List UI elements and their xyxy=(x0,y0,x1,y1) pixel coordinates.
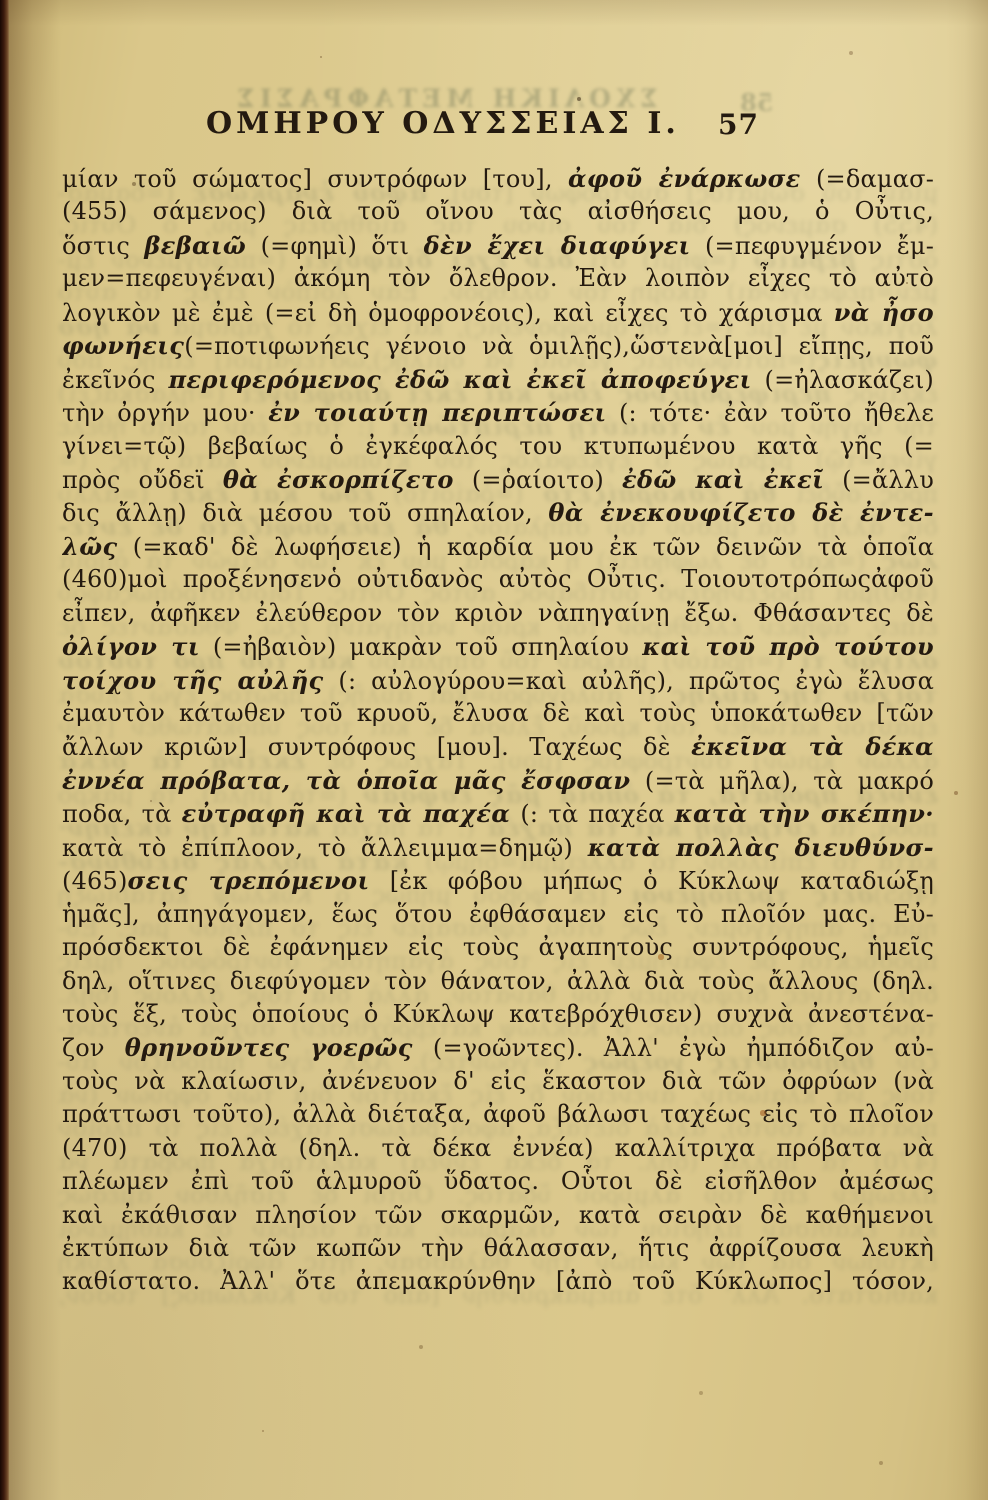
text-line: (465)σεις τρεπόμενοι [ἐκ φόβου μήπως ὁ Κ… xyxy=(62,864,934,897)
text-line: λῶς (=καδ' δὲ λωφήσειε) ἡ καρδία μου ἐκ … xyxy=(62,530,934,563)
text-line: εἶπεν, ἀφῆκεν ἐλεύθερον τὸν κριὸν νὰπηγα… xyxy=(62,597,934,630)
plain-text: λογικὸν μὲ ἐμὲ (=εἰ δὴ ὁμοφρονέοις), καὶ… xyxy=(62,299,834,327)
emphasized-text: τοίχου τῆς αὐλῆς xyxy=(62,666,324,695)
text-line: μίαν τοῦ σώματος] συντρόφων [του], ἀφοῦ … xyxy=(62,162,934,195)
emphasized-text: ἐδῶ καὶ ἐκεῖ xyxy=(622,465,824,494)
text-line: δηλ, οἵτινες διεφύγομεν τὸν θάνατον, ἀλλ… xyxy=(62,965,934,998)
plain-text: δις ἄλλῃ) διὰ μέσου τοῦ σπηλαίον, xyxy=(62,499,548,527)
top-edge-shadow xyxy=(0,0,988,26)
plain-text: δηλ, οἵτινες διεφύγομεν τὸν θάνατον, ἀλλ… xyxy=(62,967,934,995)
text-line: τὴν ὀργήν μου· ἐν τοιαύτῃ περιπτώσει (: … xyxy=(62,396,934,429)
plain-text: (=ἠλασκάζει) xyxy=(752,366,934,394)
plain-text: κατὰ τὸ ἐπίπλοον, τὸ ἄλλειμμα=δημῷ) xyxy=(62,834,588,862)
emphasized-text: ἐν τοιαύτῃ περιπτώσει xyxy=(268,398,606,427)
text-line: μεν=πεφευγέναι) ἀκόμη τὸν ὄλεθρον. Ἐὰν λ… xyxy=(62,262,934,295)
emphasized-text: ἐννέα πρόβατα, τὰ ὁποῖα μᾶς ἔσφσαν xyxy=(62,766,630,795)
plain-text: (=ἄλλυ xyxy=(824,466,934,494)
binding-edge xyxy=(0,0,9,1500)
emphasized-text: περιφερόμενος ἐδῶ καὶ ἐκεῖ ἀποφεύγει xyxy=(169,365,752,394)
running-title: ΟΜΗΡΟΥ ΟΔΥΣΣΕΙΑΣ Ι. xyxy=(206,106,680,141)
plain-text: εἶπεν, ἀφῆκεν ἐλεύθερον τὸν κριὸν νὰπηγα… xyxy=(62,599,934,627)
plain-text: ὅστις xyxy=(62,232,144,260)
plain-text: ποδα, τὰ xyxy=(62,800,182,828)
text-line: ὀλίγον τι (=ἠβαιὸν) μακρὰν τοῦ σπηλαίου … xyxy=(62,630,934,663)
text-line: ἡμᾶς], ἀπηγάγομεν, ἕως ὅτου ἐφθάσαμεν εἰ… xyxy=(62,898,934,931)
text-line: ποδα, τὰ εὐτραφῆ καὶ τὰ παχέα (: τὰ παχέ… xyxy=(62,797,934,830)
emphasized-text: φωνήεις xyxy=(62,331,184,360)
text-line: ἄλλων κριῶν] συντρόφους [μου]. Ταχέως δὲ… xyxy=(62,730,934,763)
plain-text: (460)μοὶ προξένησενὁ οὐτιδανὸς αὐτὸς Οὖτ… xyxy=(62,565,934,593)
emphasized-text: κατὰ τὴν σκέπην· xyxy=(675,799,934,828)
plain-text: καθίστατο. Ἀλλ' ὅτε ἀπεμακρύνθην [ἀπὸ το… xyxy=(62,1267,934,1295)
plain-text: ἐμαυτὸν κάτωθεν τοῦ κρυοῦ, ἔλυσα δὲ καὶ … xyxy=(62,699,934,727)
emphasized-text: νὰ ἦσο xyxy=(834,298,934,327)
plain-text: [ἐκ φόβου μήπως ὁ Κύκλωψ καταδιώξῃ xyxy=(370,867,935,895)
plain-text: καὶ ἐκάθισαν πλησίον τῶν σκαρμῶν, κατὰ σ… xyxy=(62,1201,934,1229)
text-line: (470) τὰ πολλὰ (δηλ. τὰ δέκα ἐννέα) καλλ… xyxy=(62,1132,934,1165)
text-line: τοίχου τῆς αὐλῆς (: αὐλογύρου=καὶ αὐλῆς)… xyxy=(62,664,934,697)
emphasized-text: ὀλίγον τι xyxy=(62,632,200,661)
plain-text: ἐκτύπων διὰ τῶν κωπῶν τὴν θάλασσαν, ἥτις… xyxy=(62,1234,934,1262)
plain-text: (=ἠβαιὸν) μακρὰν τοῦ σπηλαίου xyxy=(200,633,642,661)
gutter-shadow xyxy=(9,0,61,1500)
plain-text: (=ποτιφωνήεις γένοιο νὰ ὁμιλῇς),ὥστενὰ[μ… xyxy=(184,332,934,360)
text-line: (460)μοὶ προξένησενὁ οὐτιδανὸς αὐτὸς Οὖτ… xyxy=(62,563,934,596)
plain-text: (=πεφυγμένον ἔμ- xyxy=(691,232,934,260)
plain-text: μεν=πεφευγέναι) ἀκόμη τὸν ὄλεθρον. Ἐὰν λ… xyxy=(62,264,934,292)
emphasized-text: λῶς xyxy=(62,532,118,561)
plain-text: πρὸς οὔδεϊ xyxy=(62,466,223,494)
emphasized-text: βεβαιῶ xyxy=(144,231,246,260)
emphasized-text: ἐκεῖνα τὰ δέκα xyxy=(691,732,934,761)
plain-text: (470) τὰ πολλὰ (δηλ. τὰ δέκα ἐννέα) καλλ… xyxy=(62,1134,934,1162)
text-line: πρόσδεκτοι δὲ ἐφάνημεν εἰς τοὺς ἀγαπητοὺ… xyxy=(62,931,934,964)
plain-text: (=τὰ μῆλα), τὰ μακρό xyxy=(630,767,934,795)
page-number: 57 xyxy=(718,108,759,141)
emphasized-text: θρηνοῦντες γοερῶς xyxy=(125,1033,413,1062)
emphasized-text: κατὰ πολλὰς διευθύνσ- xyxy=(588,833,934,862)
emphasized-text: θὰ ἐσκορπίζετο xyxy=(223,465,454,494)
plain-text: τὴν ὀργήν μου· xyxy=(62,399,268,427)
emphasized-text: ἀφοῦ ἐνάρκωσε xyxy=(568,164,801,193)
text-line: ζον θρηνοῦντες γοερῶς (=γοῶντες). Ἀλλ' ἐ… xyxy=(62,1031,934,1064)
plain-text: (=καδ' δὲ λωφήσειε) ἡ καρδία μου ἐκ τῶν … xyxy=(118,533,935,561)
text-line: ἐμαυτὸν κάτωθεν τοῦ κρυοῦ, ἔλυσα δὲ καὶ … xyxy=(62,697,934,730)
plain-text: πρόσδεκτοι δὲ ἐφάνημεν εἰς τοὺς ἀγαπητοὺ… xyxy=(62,933,934,961)
text-line: ἐκεῖνός περιφερόμενος ἐδῶ καὶ ἐκεῖ ἀποφε… xyxy=(62,363,934,396)
text-line: (455) σάμενος) διὰ τοῦ οἴνου τὰς αἰσθήσε… xyxy=(62,195,934,228)
plain-text: γίνει=τῷ) βεβαίως ὁ ἐγκέφαλός του κτυπωμ… xyxy=(62,432,934,460)
plain-text: ἐκεῖνός xyxy=(62,366,169,394)
text-line: ἐννέα πρόβατα, τὰ ὁποῖα μᾶς ἔσφσαν (=τὰ … xyxy=(62,764,934,797)
emphasized-text: δὲν ἔχει διαφύγει xyxy=(424,231,691,260)
plain-text: ζον xyxy=(62,1034,125,1062)
plain-text: (465) xyxy=(62,867,128,895)
text-line: γίνει=τῷ) βεβαίως ὁ ἐγκέφαλός του κτυπωμ… xyxy=(62,430,934,463)
text-line: ὅστις βεβαιῶ (=φημὶ) ὅτι δὲν ἔχει διαφύγ… xyxy=(62,229,934,262)
text-line: τοὺς ἕξ, τοὺς ὁποίους ὁ Κύκλωψ κατεβρόχθ… xyxy=(62,998,934,1031)
plain-text: ἄλλων κριῶν] συντρόφους [μου]. Ταχέως δὲ xyxy=(62,733,691,761)
plain-text: (455) σάμενος) διὰ τοῦ οἴνου τὰς αἰσθήσε… xyxy=(62,197,934,225)
plain-text: (=γοῶντες). Ἀλλ' ἐγὼ ἠμπόδιζον αὐ- xyxy=(413,1034,934,1062)
text-line: τοὺς νὰ κλαίωσιν, ἀνένευον δ' εἰς ἕκαστο… xyxy=(62,1065,934,1098)
text-line: καθίστατο. Ἀλλ' ὅτε ἀπεμακρύνθην [ἀπὸ το… xyxy=(62,1265,934,1298)
body-text: μίαν τοῦ σώματος] συντρόφων [του], ἀφοῦ … xyxy=(62,162,934,1299)
emphasized-text: θὰ ἐνεκουφίζετο δὲ ἐντε- xyxy=(548,498,934,527)
text-line: κατὰ τὸ ἐπίπλοον, τὸ ἄλλειμμα=δημῷ) κατὰ… xyxy=(62,831,934,864)
plain-text: τοὺς ἕξ, τοὺς ὁποίους ὁ Κύκλωψ κατεβρόχθ… xyxy=(62,1000,934,1028)
plain-text: (=ῥαίοιτο) xyxy=(454,466,622,494)
text-line: λογικὸν μὲ ἐμὲ (=εἰ δὴ ὁμοφρονέοις), καὶ… xyxy=(62,296,934,329)
emphasized-text: σεις τρεπόμενοι xyxy=(128,866,370,895)
right-edge-shading xyxy=(946,0,988,1500)
text-line: δις ἄλλῃ) διὰ μέσου τοῦ σπηλαίον, θὰ ἐνε… xyxy=(62,496,934,529)
book-page-scan: ΣΧΟΛΙΚΗ ΜΕΤΑΦΡΑΣΙΣ 58 μίαν τοῦ σώματος] … xyxy=(0,0,988,1500)
text-line: ἐκτύπων διὰ τῶν κωπῶν τὴν θάλασσαν, ἥτις… xyxy=(62,1232,934,1265)
plain-text: (: τὰ παχέα xyxy=(510,800,674,828)
plain-text: (=φημὶ) ὅτι xyxy=(246,232,423,260)
plain-text: πλέωμεν ἐπὶ τοῦ ἁλμυροῦ ὕδατος. Οὗτοι δὲ… xyxy=(62,1167,934,1195)
text-line: πράττωσι τοῦτο), ἀλλὰ διέταξα, ἀφοῦ βάλω… xyxy=(62,1098,934,1131)
plain-text: πράττωσι τοῦτο), ἀλλὰ διέταξα, ἀφοῦ βάλω… xyxy=(62,1100,934,1128)
emphasized-text: καὶ τοῦ πρὸ τούτου xyxy=(642,632,934,661)
plain-text: (: τότε· ἐὰν τοῦτο ἤθελε xyxy=(607,399,934,427)
plain-text: τοὺς νὰ κλαίωσιν, ἀνένευον δ' εἰς ἕκαστο… xyxy=(62,1067,934,1095)
text-line: καὶ ἐκάθισαν πλησίον τῶν σκαρμῶν, κατὰ σ… xyxy=(62,1199,934,1232)
plain-text: μίαν τοῦ σώματος] συντρόφων [του], xyxy=(62,165,568,193)
emphasized-text: εὐτραφῆ καὶ τὰ παχέα xyxy=(182,799,511,828)
plain-text: ἡμᾶς], ἀπηγάγομεν, ἕως ὅτου ἐφθάσαμεν εἰ… xyxy=(62,900,934,928)
text-line: φωνήεις(=ποτιφωνήεις γένοιο νὰ ὁμιλῇς),ὥ… xyxy=(62,329,934,362)
text-line: πρὸς οὔδεϊ θὰ ἐσκορπίζετο (=ῥαίοιτο) ἐδῶ… xyxy=(62,463,934,496)
plain-text: (: αὐλογύρου=καὶ αὐλῆς), πρῶτος ἐγὼ ἔλυσ… xyxy=(324,667,934,695)
plain-text: (=δαμασ- xyxy=(801,165,934,193)
text-line: πλέωμεν ἐπὶ τοῦ ἁλμυροῦ ὕδατος. Οὗτοι δὲ… xyxy=(62,1165,934,1198)
